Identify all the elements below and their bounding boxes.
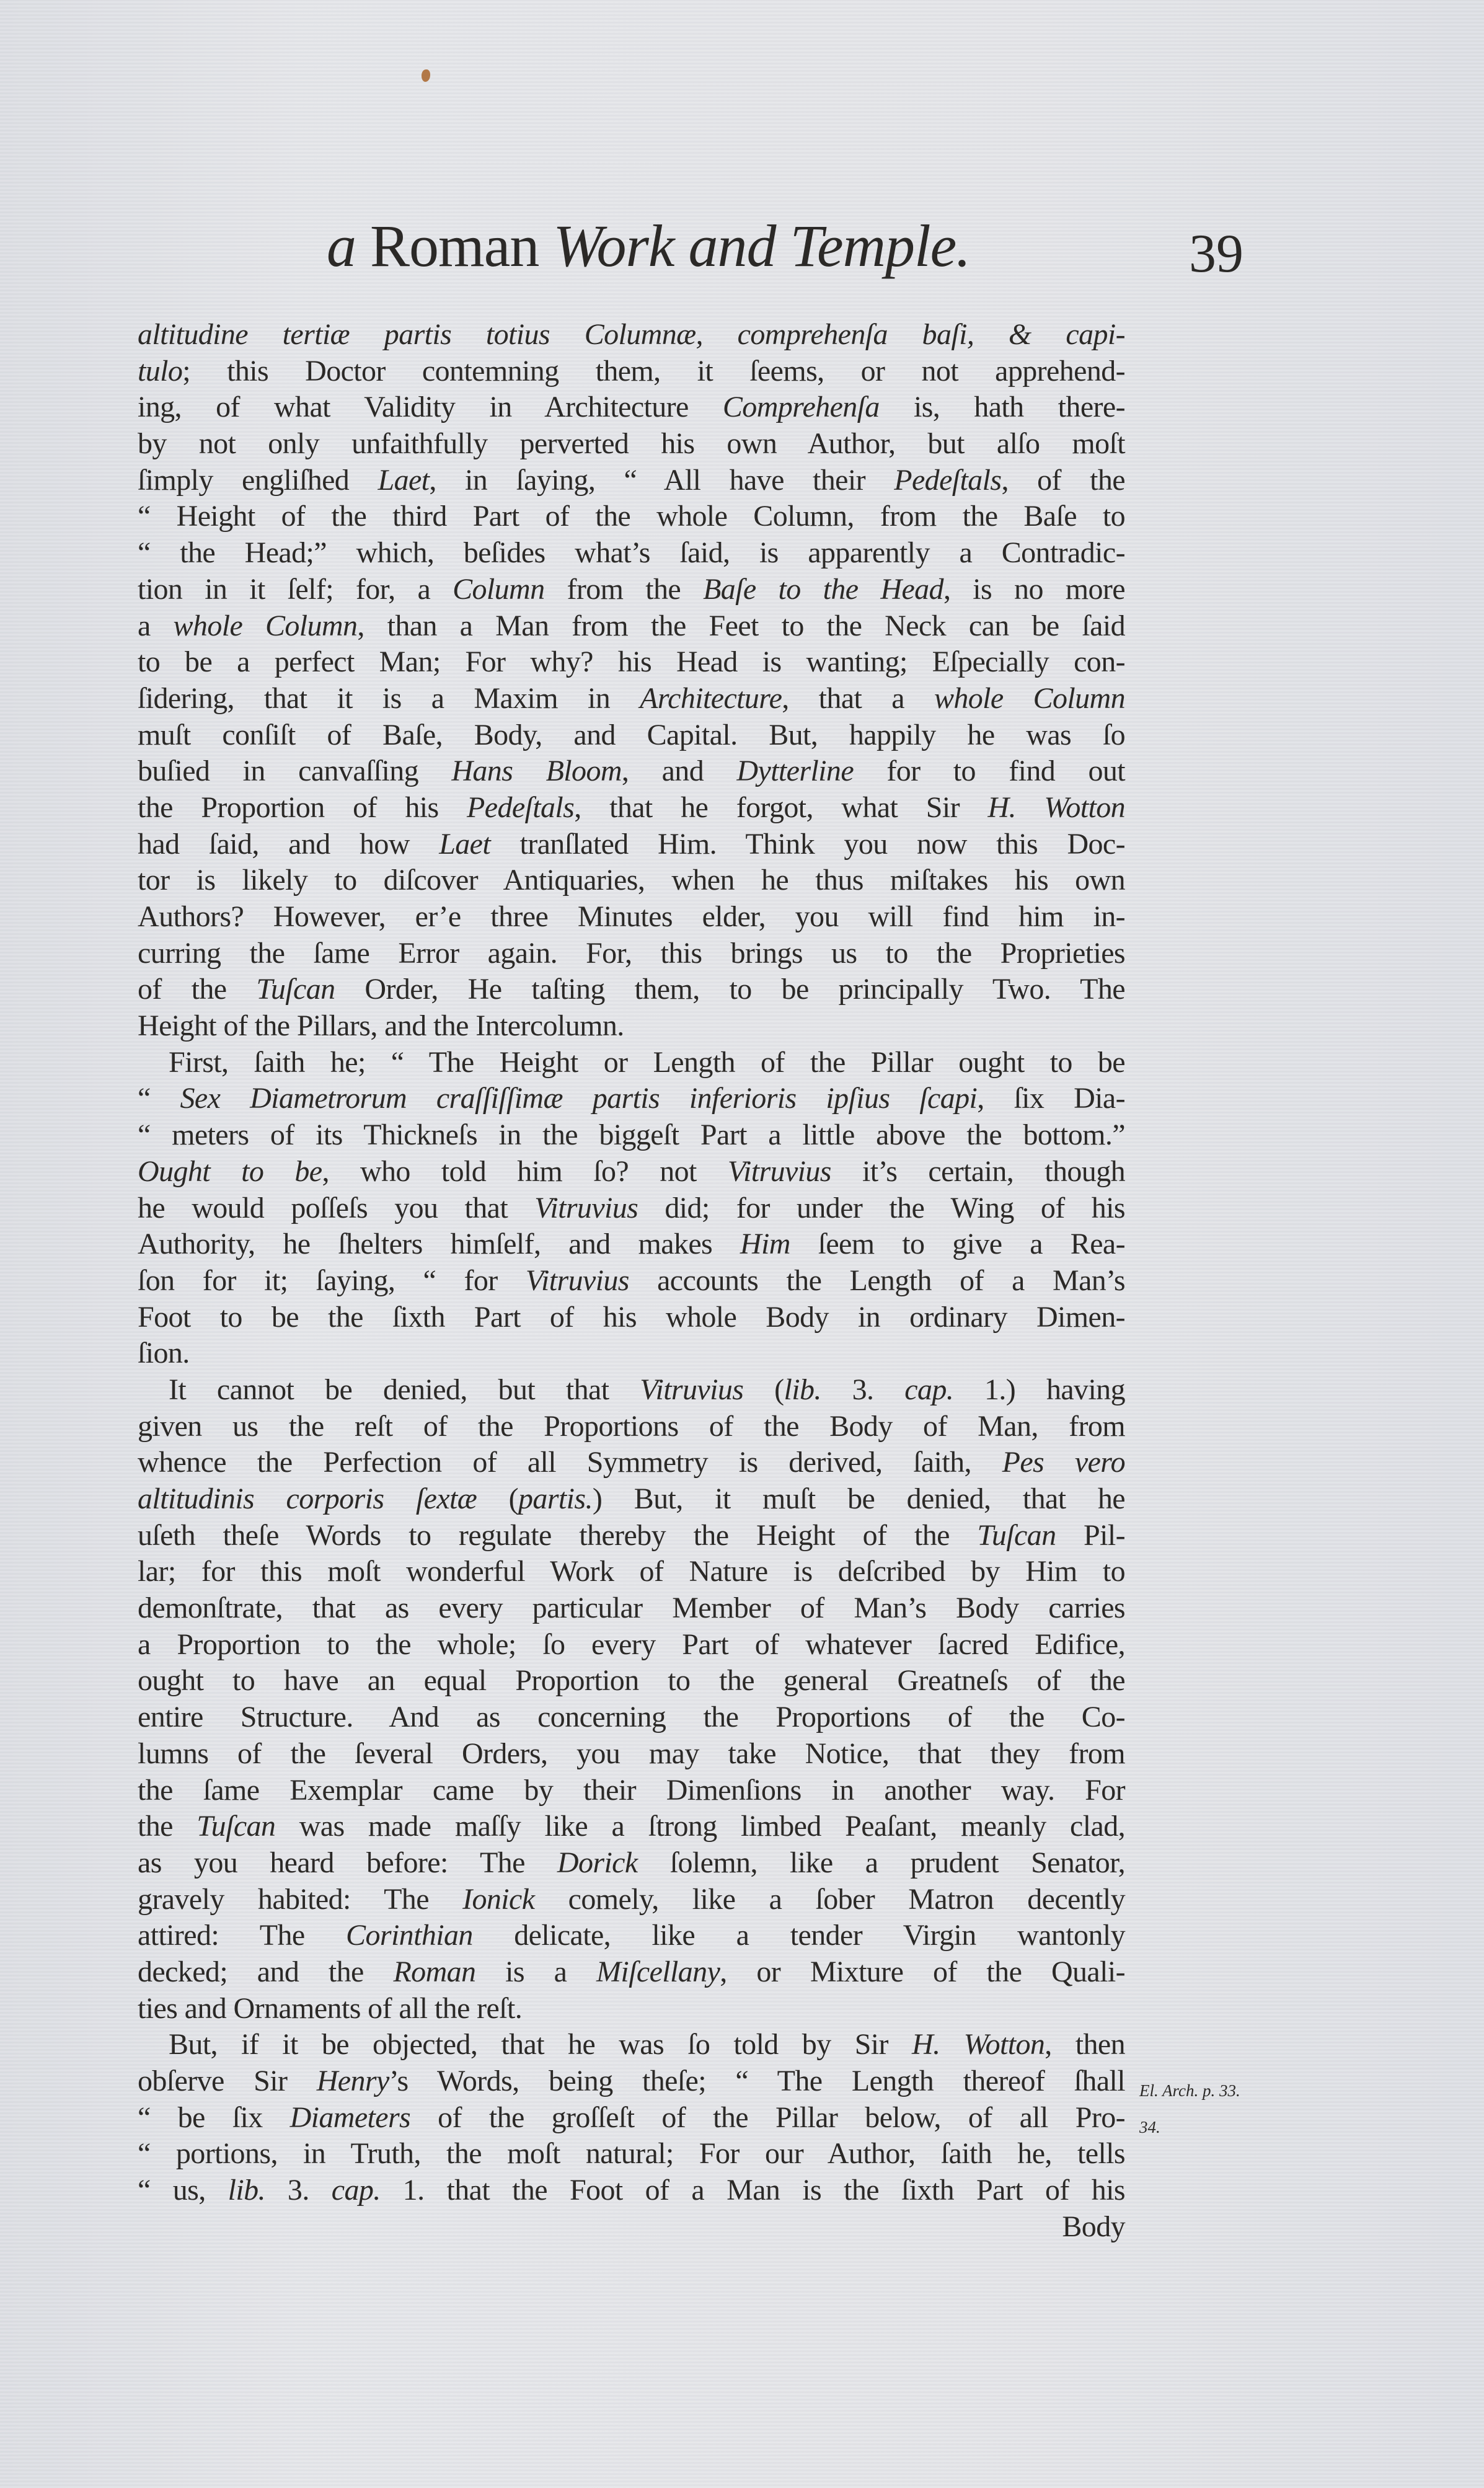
- text-line: ought to have an equal Proportion to the…: [138, 1663, 1125, 1699]
- text-segment: , that a: [782, 682, 934, 715]
- italic-segment: partis.: [518, 1482, 593, 1515]
- text-segment: ing, of what Validity in Architecture: [138, 391, 723, 423]
- text-line: tulo; this Doctor contemning them, it ſe…: [138, 353, 1125, 390]
- italic-segment: Tuſcan: [977, 1519, 1056, 1552]
- text-segment: First, ſaith he; “ The Height or Length …: [169, 1046, 1125, 1079]
- italic-segment: lib.: [228, 2174, 265, 2207]
- text-line: muſt conſiſt of Baſe, Body, and Capital.…: [138, 717, 1125, 754]
- text-line: Authority, he ſhelters himſelf, and make…: [138, 1226, 1125, 1263]
- text-segment: is a: [475, 1955, 596, 1988]
- text-segment: buſied in canvaſſing: [138, 755, 451, 787]
- text-segment: Authors? However, er’e three Minutes eld…: [138, 900, 1125, 933]
- text-line: of the Tuſcan Order, He taſting them, to…: [138, 972, 1125, 1008]
- text-line: entire Structure. And as concerning the …: [138, 1699, 1125, 1736]
- text-line: had ſaid, and how Laet tranſlated Him. T…: [138, 826, 1125, 863]
- text-line: Authors? However, er’e three Minutes eld…: [138, 899, 1125, 936]
- text-segment: accounts the Length of a Man’s: [629, 1264, 1125, 1297]
- text-segment: “ be ſix: [138, 2101, 290, 2134]
- text-line: ties and Ornaments of all the reſt.: [138, 1991, 1125, 2027]
- italic-segment: cap.: [904, 1373, 953, 1406]
- text-segment: from the: [545, 573, 704, 606]
- text-segment: delicate, like a tender Virgin wantonly: [473, 1919, 1125, 1952]
- text-segment: as you heard before: The: [138, 1846, 557, 1879]
- text-segment: ties and Ornaments of all the reſt.: [138, 1992, 522, 2025]
- text-line: First, ſaith he; “ The Height or Length …: [138, 1045, 1125, 1081]
- italic-segment: Pedeſtals: [894, 464, 1001, 497]
- text-segment: ſimply engliſhed: [138, 464, 378, 497]
- text-segment: comely, like a ſober Matron decently: [534, 1883, 1125, 1916]
- text-line: lumns of the ſeveral Orders, you may tak…: [138, 1736, 1125, 1773]
- text-segment: ſolemn, like a prudent Senator,: [638, 1846, 1125, 1879]
- text-segment: “ Height of the third Part of the whole …: [138, 500, 1125, 533]
- italic-segment: Miſcellany: [596, 1955, 720, 1988]
- text-line: “ Sex Diametrorum craſſiſſimæ partis inf…: [138, 1081, 1125, 1117]
- text-segment: tion in it ſelf; for, a: [138, 573, 453, 606]
- italic-segment: Tuſcan: [256, 973, 335, 1006]
- italic-segment: Him: [740, 1228, 790, 1260]
- text-segment: of the groſſeſt of the Pillar below, of …: [410, 2101, 1125, 2134]
- text-line: given us the reſt of the Proportions of …: [138, 1409, 1125, 1445]
- text-segment: is, hath there-: [880, 391, 1125, 423]
- text-segment: entire Structure. And as concerning the …: [138, 1701, 1125, 1733]
- italic-segment: tulo: [138, 355, 182, 387]
- text-segment: But, if it be objected, that he was ſo t…: [169, 2028, 912, 2061]
- text-segment: a Proportion to the whole; ſo every Part…: [138, 1628, 1125, 1661]
- text-segment: 3.: [265, 2174, 332, 2207]
- text-line: attired: The Corinthian delicate, like a…: [138, 1918, 1125, 1954]
- text-segment: ought to have an equal Proportion to the…: [138, 1664, 1125, 1697]
- text-line: obſerve Sir Henry’s Words, being theſe; …: [138, 2063, 1125, 2100]
- text-segment: ; this Doctor contemning them, it ſeems,…: [182, 355, 1125, 387]
- text-line: demonſtrate, that as every particular Me…: [138, 1590, 1125, 1627]
- text-segment: uſeth theſe Words to regulate thereby th…: [138, 1519, 977, 1552]
- text-line: altitudine tertiæ partis totius Columnæ,…: [138, 317, 1125, 353]
- italic-segment: Henry: [317, 2065, 389, 2097]
- italic-segment: Comprehenſa: [723, 391, 880, 423]
- text-line: by not only unfaithfully perverted his o…: [138, 426, 1125, 463]
- italic-segment: Laet: [439, 828, 490, 861]
- italic-segment: Laet: [378, 464, 429, 497]
- text-segment: Foot to be the ſixth Part of his whole B…: [138, 1301, 1125, 1334]
- italic-segment: Corinthian: [346, 1919, 473, 1952]
- text-segment: given us the reſt of the Proportions of …: [138, 1410, 1125, 1443]
- text-segment: Pil-: [1056, 1519, 1125, 1552]
- italic-segment: Baſe to the Head: [703, 573, 943, 606]
- text-line: gravely habited: The Ionick comely, like…: [138, 1882, 1125, 1918]
- text-segment: ’s Words, being theſe; “ The Length ther…: [389, 2065, 1125, 2097]
- text-segment: Height of the Pillars, and the Intercolu…: [138, 1009, 624, 1042]
- text-segment: (: [477, 1482, 518, 1515]
- italic-segment: Ionick: [462, 1883, 534, 1916]
- italic-segment: altitudinis corporis ſextæ: [138, 1482, 477, 1515]
- text-line: he would poſſeſs you that Vitruvius did;…: [138, 1190, 1125, 1227]
- italic-segment: Vitruvius: [640, 1373, 743, 1406]
- italic-segment: Vitruvius: [728, 1155, 831, 1188]
- text-segment: It cannot be denied, but that: [169, 1373, 640, 1406]
- text-segment: the Proportion of his: [138, 791, 467, 824]
- text-segment: decked; and the: [138, 1955, 393, 1988]
- text-segment: Body: [1062, 2210, 1125, 2243]
- text-line: the Proportion of his Pedeſtals, that he…: [138, 790, 1125, 826]
- text-line: “ be ſix Diameters of the groſſeſt of th…: [138, 2100, 1125, 2136]
- text-segment: ) But, it muſt be denied, that he: [593, 1482, 1125, 1515]
- text-segment: lumns of the ſeveral Orders, you may tak…: [138, 1737, 1125, 1770]
- italic-segment: Pes vero: [1002, 1446, 1125, 1479]
- text-segment: “ us,: [138, 2174, 228, 2207]
- text-line: tor is likely to diſcover Antiquaries, w…: [138, 862, 1125, 899]
- running-head-part: a: [327, 213, 370, 279]
- text-segment: ſion.: [138, 1337, 190, 1370]
- text-line: to be a perfect Man; For why? his Head i…: [138, 644, 1125, 681]
- italic-segment: cap.: [332, 2174, 381, 2207]
- text-line: ſidering, that it is a Maxim in Architec…: [138, 681, 1125, 717]
- text-segment: tranſlated Him. Think you now this Doc-: [490, 828, 1125, 861]
- italic-segment: Diameters: [290, 2101, 411, 2134]
- text-segment: (: [743, 1373, 784, 1406]
- text-line: uſeth theſe Words to regulate thereby th…: [138, 1518, 1125, 1554]
- text-segment: Order, He taſting them, to be principall…: [335, 973, 1125, 1006]
- text-line: “ portions, in Truth, the moſt natural; …: [138, 2136, 1125, 2172]
- text-line: But, if it be objected, that he was ſo t…: [138, 2027, 1125, 2063]
- text-segment: curring the ſame Error again. For, this …: [138, 937, 1125, 970]
- text-segment: obſerve Sir: [138, 2065, 317, 2097]
- text-line: ſimply engliſhed Laet, in ſaying, “ All …: [138, 463, 1125, 499]
- margin-note-line: El. Arch. p. 33.: [1139, 2073, 1240, 2109]
- text-segment: “ meters of its Thickneſs in the biggeſt…: [138, 1118, 1125, 1151]
- italic-segment: whole Column: [174, 609, 358, 642]
- text-segment: “ the Head;” which, beſides what’s ſaid,…: [138, 536, 1125, 569]
- italic-segment: Column: [453, 573, 544, 606]
- text-line: whence the Perfection of all Symmetry is…: [138, 1445, 1125, 1481]
- text-segment: , or Mixture of the Quali-: [720, 1955, 1125, 1988]
- text-segment: ſidering, that it is a Maxim in: [138, 682, 640, 715]
- text-line: ſon for it; ſaying, “ for Vitruvius acco…: [138, 1263, 1125, 1299]
- text-segment: , that he forgot, what Sir: [574, 791, 987, 824]
- text-segment: tor is likely to diſcover Antiquaries, w…: [138, 864, 1125, 896]
- italic-segment: whole Column: [934, 682, 1125, 715]
- text-segment: , than a Man from the Feet to the Neck c…: [357, 609, 1125, 642]
- text-line: lar; for this moſt wonderful Work of Nat…: [138, 1554, 1125, 1590]
- text-line: altitudinis corporis ſextæ (partis.) But…: [138, 1481, 1125, 1518]
- text-line: buſied in canvaſſing Hans Bloom, and Dyt…: [138, 753, 1125, 790]
- text-segment: 3.: [821, 1373, 904, 1406]
- running-head-part: Roman: [370, 213, 553, 279]
- italic-segment: Tuſcan: [197, 1810, 275, 1843]
- text-segment: , of the: [1001, 464, 1125, 497]
- italic-segment: Ought to be: [138, 1155, 322, 1188]
- text-line: “ the Head;” which, beſides what’s ſaid,…: [138, 535, 1125, 572]
- italic-segment: Vitruvius: [534, 1192, 638, 1224]
- text-line: Foot to be the ſixth Part of his whole B…: [138, 1299, 1125, 1336]
- italic-segment: Dytterline: [736, 755, 854, 787]
- italic-segment: lib.: [784, 1373, 821, 1406]
- text-segment: for to find out: [854, 755, 1125, 787]
- text-line: Height of the Pillars, and the Intercolu…: [138, 1008, 1125, 1045]
- text-line: the Tuſcan was made maſſy like a ſtrong …: [138, 1808, 1125, 1845]
- text-segment: the ſame Exemplar came by their Dimenſio…: [138, 1774, 1125, 1807]
- text-segment: attired: The: [138, 1919, 346, 1952]
- text-segment: , who told him ſo? not: [322, 1155, 727, 1188]
- italic-segment: Sex Diametrorum craſſiſſimæ partis infer…: [180, 1082, 978, 1115]
- text-line: tion in it ſelf; for, a Column from the …: [138, 572, 1125, 608]
- text-line: curring the ſame Error again. For, this …: [138, 936, 1125, 972]
- italic-segment: Vitruvius: [526, 1264, 629, 1297]
- text-segment: , and: [622, 755, 737, 787]
- italic-segment: Roman: [393, 1955, 475, 1988]
- italic-segment: H. Wotton: [912, 2028, 1045, 2061]
- text-segment: , in ſaying, “ All have their: [429, 464, 894, 497]
- body-text: altitudine tertiæ partis totius Columnæ,…: [138, 317, 1125, 2245]
- text-segment: , then: [1045, 2028, 1125, 2061]
- text-segment: did; for under the Wing of his: [638, 1192, 1125, 1224]
- text-segment: lar; for this moſt wonderful Work of Nat…: [138, 1555, 1125, 1588]
- text-segment: 1. that the Foot of a Man is the ſixth P…: [381, 2174, 1125, 2207]
- text-segment: ſeem to give a Rea-: [790, 1228, 1125, 1260]
- italic-segment: Pedeſtals: [467, 791, 574, 824]
- margin-note-line: 34.: [1139, 2109, 1240, 2146]
- margin-note: El. Arch. p. 33. 34.: [1139, 2073, 1240, 2145]
- text-line: “ us, lib. 3. cap. 1. that the Foot of a…: [138, 2172, 1125, 2209]
- text-line: Body: [138, 2209, 1125, 2246]
- text-segment: demonſtrate, that as every particular Me…: [138, 1592, 1125, 1624]
- text-line: “ meters of its Thickneſs in the biggeſt…: [138, 1117, 1125, 1154]
- italic-segment: Dorick: [557, 1846, 638, 1879]
- text-segment: by not only unfaithfully perverted his o…: [138, 427, 1125, 460]
- text-line: a Proportion to the whole; ſo every Part…: [138, 1627, 1125, 1663]
- page-number: 39: [1189, 223, 1243, 285]
- text-segment: whence the Perfection of all Symmetry is…: [138, 1446, 1002, 1479]
- text-line: as you heard before: The Dorick ſolemn, …: [138, 1845, 1125, 1882]
- text-line: a whole Column, than a Man from the Feet…: [138, 608, 1125, 645]
- text-segment: had ſaid, and how: [138, 828, 439, 861]
- text-segment: muſt conſiſt of Baſe, Body, and Capital.…: [138, 719, 1125, 751]
- italic-segment: Hans Bloom: [451, 755, 622, 787]
- running-head-part: Work and Temple.: [553, 213, 970, 279]
- text-segment: a: [138, 609, 174, 642]
- text-segment: the: [138, 1810, 197, 1843]
- text-segment: , ſix Dia-: [977, 1082, 1125, 1115]
- text-segment: it’s certain, though: [831, 1155, 1125, 1188]
- italic-segment: Architecture: [640, 682, 782, 715]
- italic-segment: H. Wotton: [987, 791, 1125, 824]
- text-segment: gravely habited: The: [138, 1883, 462, 1916]
- text-segment: “ portions, in Truth, the moſt natural; …: [138, 2137, 1125, 2170]
- text-line: ſion.: [138, 1335, 1125, 1372]
- text-line: ing, of what Validity in Architecture Co…: [138, 389, 1125, 426]
- italic-segment: altitudine tertiæ partis totius Columnæ,…: [138, 318, 1125, 351]
- text-line: decked; and the Roman is a Miſcellany, o…: [138, 1954, 1125, 1991]
- text-segment: 1.) having: [953, 1373, 1125, 1406]
- text-segment: , is no more: [943, 573, 1125, 606]
- running-head: a Roman Work and Temple.: [327, 212, 934, 280]
- text-line: the ſame Exemplar came by their Dimenſio…: [138, 1773, 1125, 1809]
- text-segment: of the: [138, 973, 256, 1006]
- text-segment: “: [138, 1082, 180, 1115]
- text-segment: was made maſſy like a ſtrong limbed Peaſ…: [275, 1810, 1125, 1843]
- text-segment: ſon for it; ſaying, “ for: [138, 1264, 526, 1297]
- text-segment: he would poſſeſs you that: [138, 1192, 534, 1224]
- text-line: It cannot be denied, but that Vitruvius …: [138, 1372, 1125, 1409]
- text-segment: Authority, he ſhelters himſelf, and make…: [138, 1228, 740, 1260]
- text-line: Ought to be, who told him ſo? not Vitruv…: [138, 1154, 1125, 1190]
- text-segment: to be a perfect Man; For why? his Head i…: [138, 645, 1125, 678]
- text-line: “ Height of the third Part of the whole …: [138, 498, 1125, 535]
